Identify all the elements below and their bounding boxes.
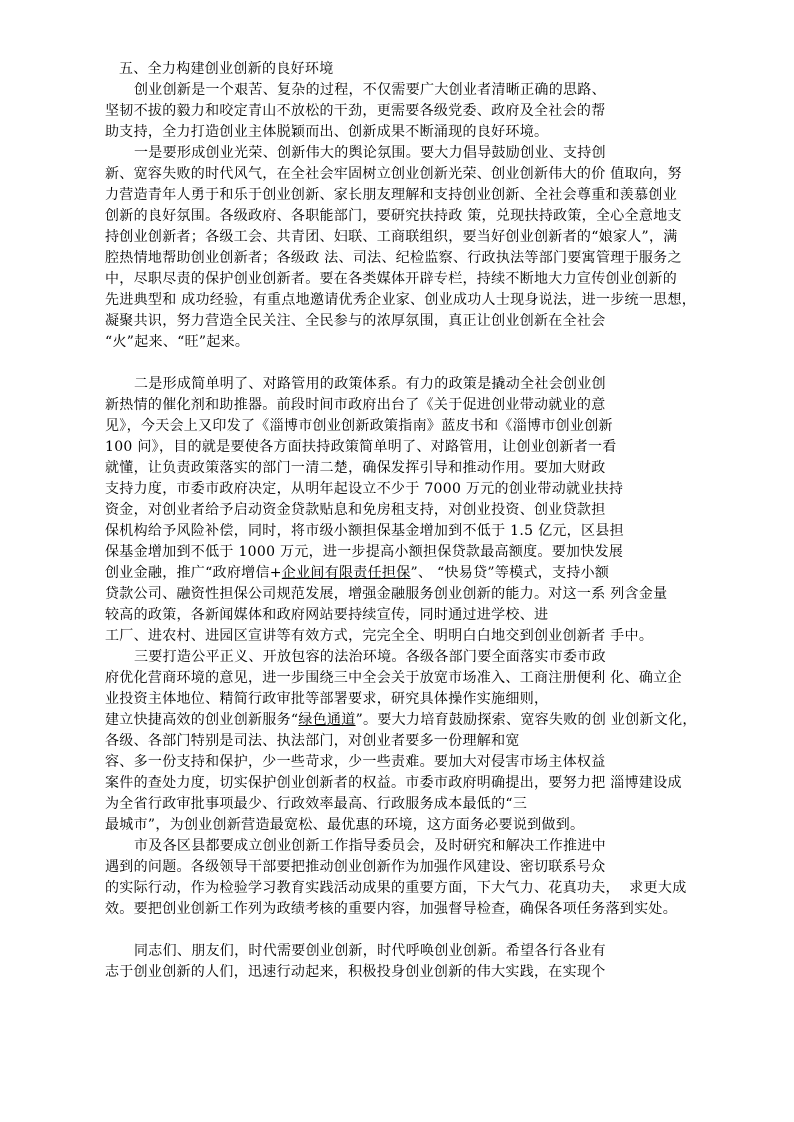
text-line: 见》，今天会上又印发了《淄博市创业创新政策指南》蓝皮书和《淄博市创业创新 bbox=[105, 416, 770, 437]
text-line: 就懂，让负责政策落实的部门一清二楚，确保发挥引导和推动作用。要加大财政 bbox=[105, 458, 770, 479]
text-line: 的实际行动，作为检验学习教育实践活动成果的重要方面，下大气力、花真功夫， 求更大… bbox=[105, 878, 770, 899]
text-line: 业投资主体地位、精简行政审批等部署要求，研究具体操作实施细则， bbox=[105, 689, 770, 710]
text-line: 支持力度，市委市政府决定，从明年起设立不少于 7000 万元的创业带动就业扶持 bbox=[105, 479, 770, 500]
text-line: 遇到的问题。各级领导干部要把推动创业创新作为加强作风建设、密切联系号众 bbox=[105, 857, 770, 878]
text-line: 为全省行政审批事项最少、行政效率最高、行政服务成本最低的“三 bbox=[105, 794, 770, 815]
text-line: 腔热情地帮助创业创新者；各级政 法、司法、纪检监察、行政执法等部门要寓管理于服务… bbox=[105, 248, 770, 269]
text-line: 新、宽容失败的时代风气，在全社会牢固树立创业创新光荣、创业创新伟大的价 值取向，… bbox=[105, 164, 770, 185]
text-line: 坚韧不拔的毅力和咬定青山不放松的干劲，更需要各级党委、政府及全社会的帮 bbox=[105, 101, 770, 122]
text-line: 工厂、进农村、进园区宣讲等有效方式，完完全全、明明白白地交到创业创新者 手中。 bbox=[105, 626, 770, 647]
text-line: 最城市”，为创业创新营造最宽松、最优惠的环境，这方面务必要说到做到。 bbox=[105, 815, 770, 836]
text-block: 五、全力构建创业创新的良好环境创业创新是一个艰苦、复杂的过程，不仅需要广大创业者… bbox=[105, 59, 770, 983]
text-line: 中，尽职尽责的保护创业创新者。要在各类媒体开辟专栏，持续不断地大力宣传创业创新的 bbox=[105, 269, 770, 290]
text-line: 凝聚共识，努力营造全民关注、全民参与的浓厚氛围，真正让创业创新在全社会 bbox=[105, 311, 770, 332]
text-line: 新热情的催化剂和助推器。前段时间市政府出台了《关于促进创业带动就业的意 bbox=[105, 395, 770, 416]
text-line: 市及各区县都要成立创业创新工作指导委员会，及时研究和解决工作推进中 bbox=[105, 836, 770, 857]
text-line: 保基金增加到不低于 1000 万元，进一步提高小额担保贷款最高额度。要加快发展 bbox=[105, 542, 770, 563]
text-line: 同志们、朋友们，时代需要创业创新，时代呼唤创业创新。希望各行各业有 bbox=[105, 941, 770, 962]
text-line: 二是形成简单明了、对路管用的政策体系。有力的政策是撬动全社会创业创 bbox=[105, 374, 770, 395]
text-line: 一是要形成创业光荣、创新伟大的舆论氛围。要大力倡导鼓励创业、支持创 bbox=[105, 143, 770, 164]
text-line: 100 问》，目的就是要使各方面扶持政策简单明了、对路管用，让创业创新者一看 bbox=[105, 437, 770, 458]
text-line: 志于创业创新的人们，迅速行动起来，积极投身创业创新的伟大实践，在实现个 bbox=[105, 962, 770, 983]
underlined-term: 企业间有限责任担保 bbox=[282, 565, 411, 581]
text-line: 持创业创新者；各级工会、共青团、妇联、工商联组织，要当好创业创新者的“娘家人”，… bbox=[105, 227, 770, 248]
text-line: 各级、各部门特别是司法、执法部门，对创业者要多一份理解和宽 bbox=[105, 731, 770, 752]
blank-line bbox=[105, 353, 770, 374]
text-line: 三要打造公平正义、开放包容的法治环境。各级各部门要全面落实市委市政 bbox=[105, 647, 770, 668]
text-line: 建立快捷高效的创业创新服务“绿色通道”。要大力培育鼓励探索、宽容失败的创 业创新… bbox=[105, 710, 770, 731]
text-line: 创业创新是一个艰苦、复杂的过程，不仅需要广大创业者清晰正确的思路、 bbox=[105, 80, 770, 101]
text-line: 容、多一份支持和保护，少一些苛求，少一些责难。要加大对侵害市场主体权益 bbox=[105, 752, 770, 773]
text-line: 先进典型和 成功经验，有重点地邀请优秀企业家、创业成功人士现身说法，进一步统一思… bbox=[105, 290, 770, 311]
text-line: 府优化营商环境的意见，进一步围绕三中全会关于放宽市场准入、工商注册便利 化、确立… bbox=[105, 668, 770, 689]
text-line: 力营造青年人勇于和乐于创业创新、家长朋友理解和支持创业创新、全社会尊重和羡慕创业 bbox=[105, 185, 770, 206]
document-page: 五、全力构建创业创新的良好环境创业创新是一个艰苦、复杂的过程，不仅需要广大创业者… bbox=[0, 0, 794, 1122]
text-line: 创业金融，推广“政府增信+企业间有限责任担保”、 “快易贷”等模式，支持小额 bbox=[105, 563, 770, 584]
text-line: 贷款公司、融资性担保公司规范发展，增强金融服务创业创新的能力。对这一系 列含金量 bbox=[105, 584, 770, 605]
text-line: 创新的良好氛围。各级政府、各职能部门，要研究扶持政 策，兑现扶持政策，全心全意地… bbox=[105, 206, 770, 227]
text-line: 效。要把创业创新工作列为政绩考核的重要内容，加强督导检查，确保各项任务落到实处。 bbox=[105, 899, 770, 920]
blank-line bbox=[105, 920, 770, 941]
text-line: 资金，对创业者给予启动资金贷款贴息和免房租支持，对创业投资、创业贷款担 bbox=[105, 500, 770, 521]
text-line: 案件的查处力度，切实保护创业创新者的权益。市委市政府明确提出，要努力把 淄博建设… bbox=[105, 773, 770, 794]
text-line: 助支持，全力打造创业主体脱颖而出、创新成果不断涌现的良好环境。 bbox=[105, 122, 770, 143]
text-line: “火”起来、“旺”起来。 bbox=[105, 332, 770, 353]
text-line: 较高的政策，各新闻媒体和政府网站要持续宣传，同时通过进学校、进 bbox=[105, 605, 770, 626]
section-heading: 五、全力构建创业创新的良好环境 bbox=[105, 59, 770, 80]
text-line: 保机构给予风险补偿，同时，将市级小额担保基金增加到不低于 1.5 亿元，区县担 bbox=[105, 521, 770, 542]
underlined-term: 绿色通道 bbox=[298, 712, 355, 728]
